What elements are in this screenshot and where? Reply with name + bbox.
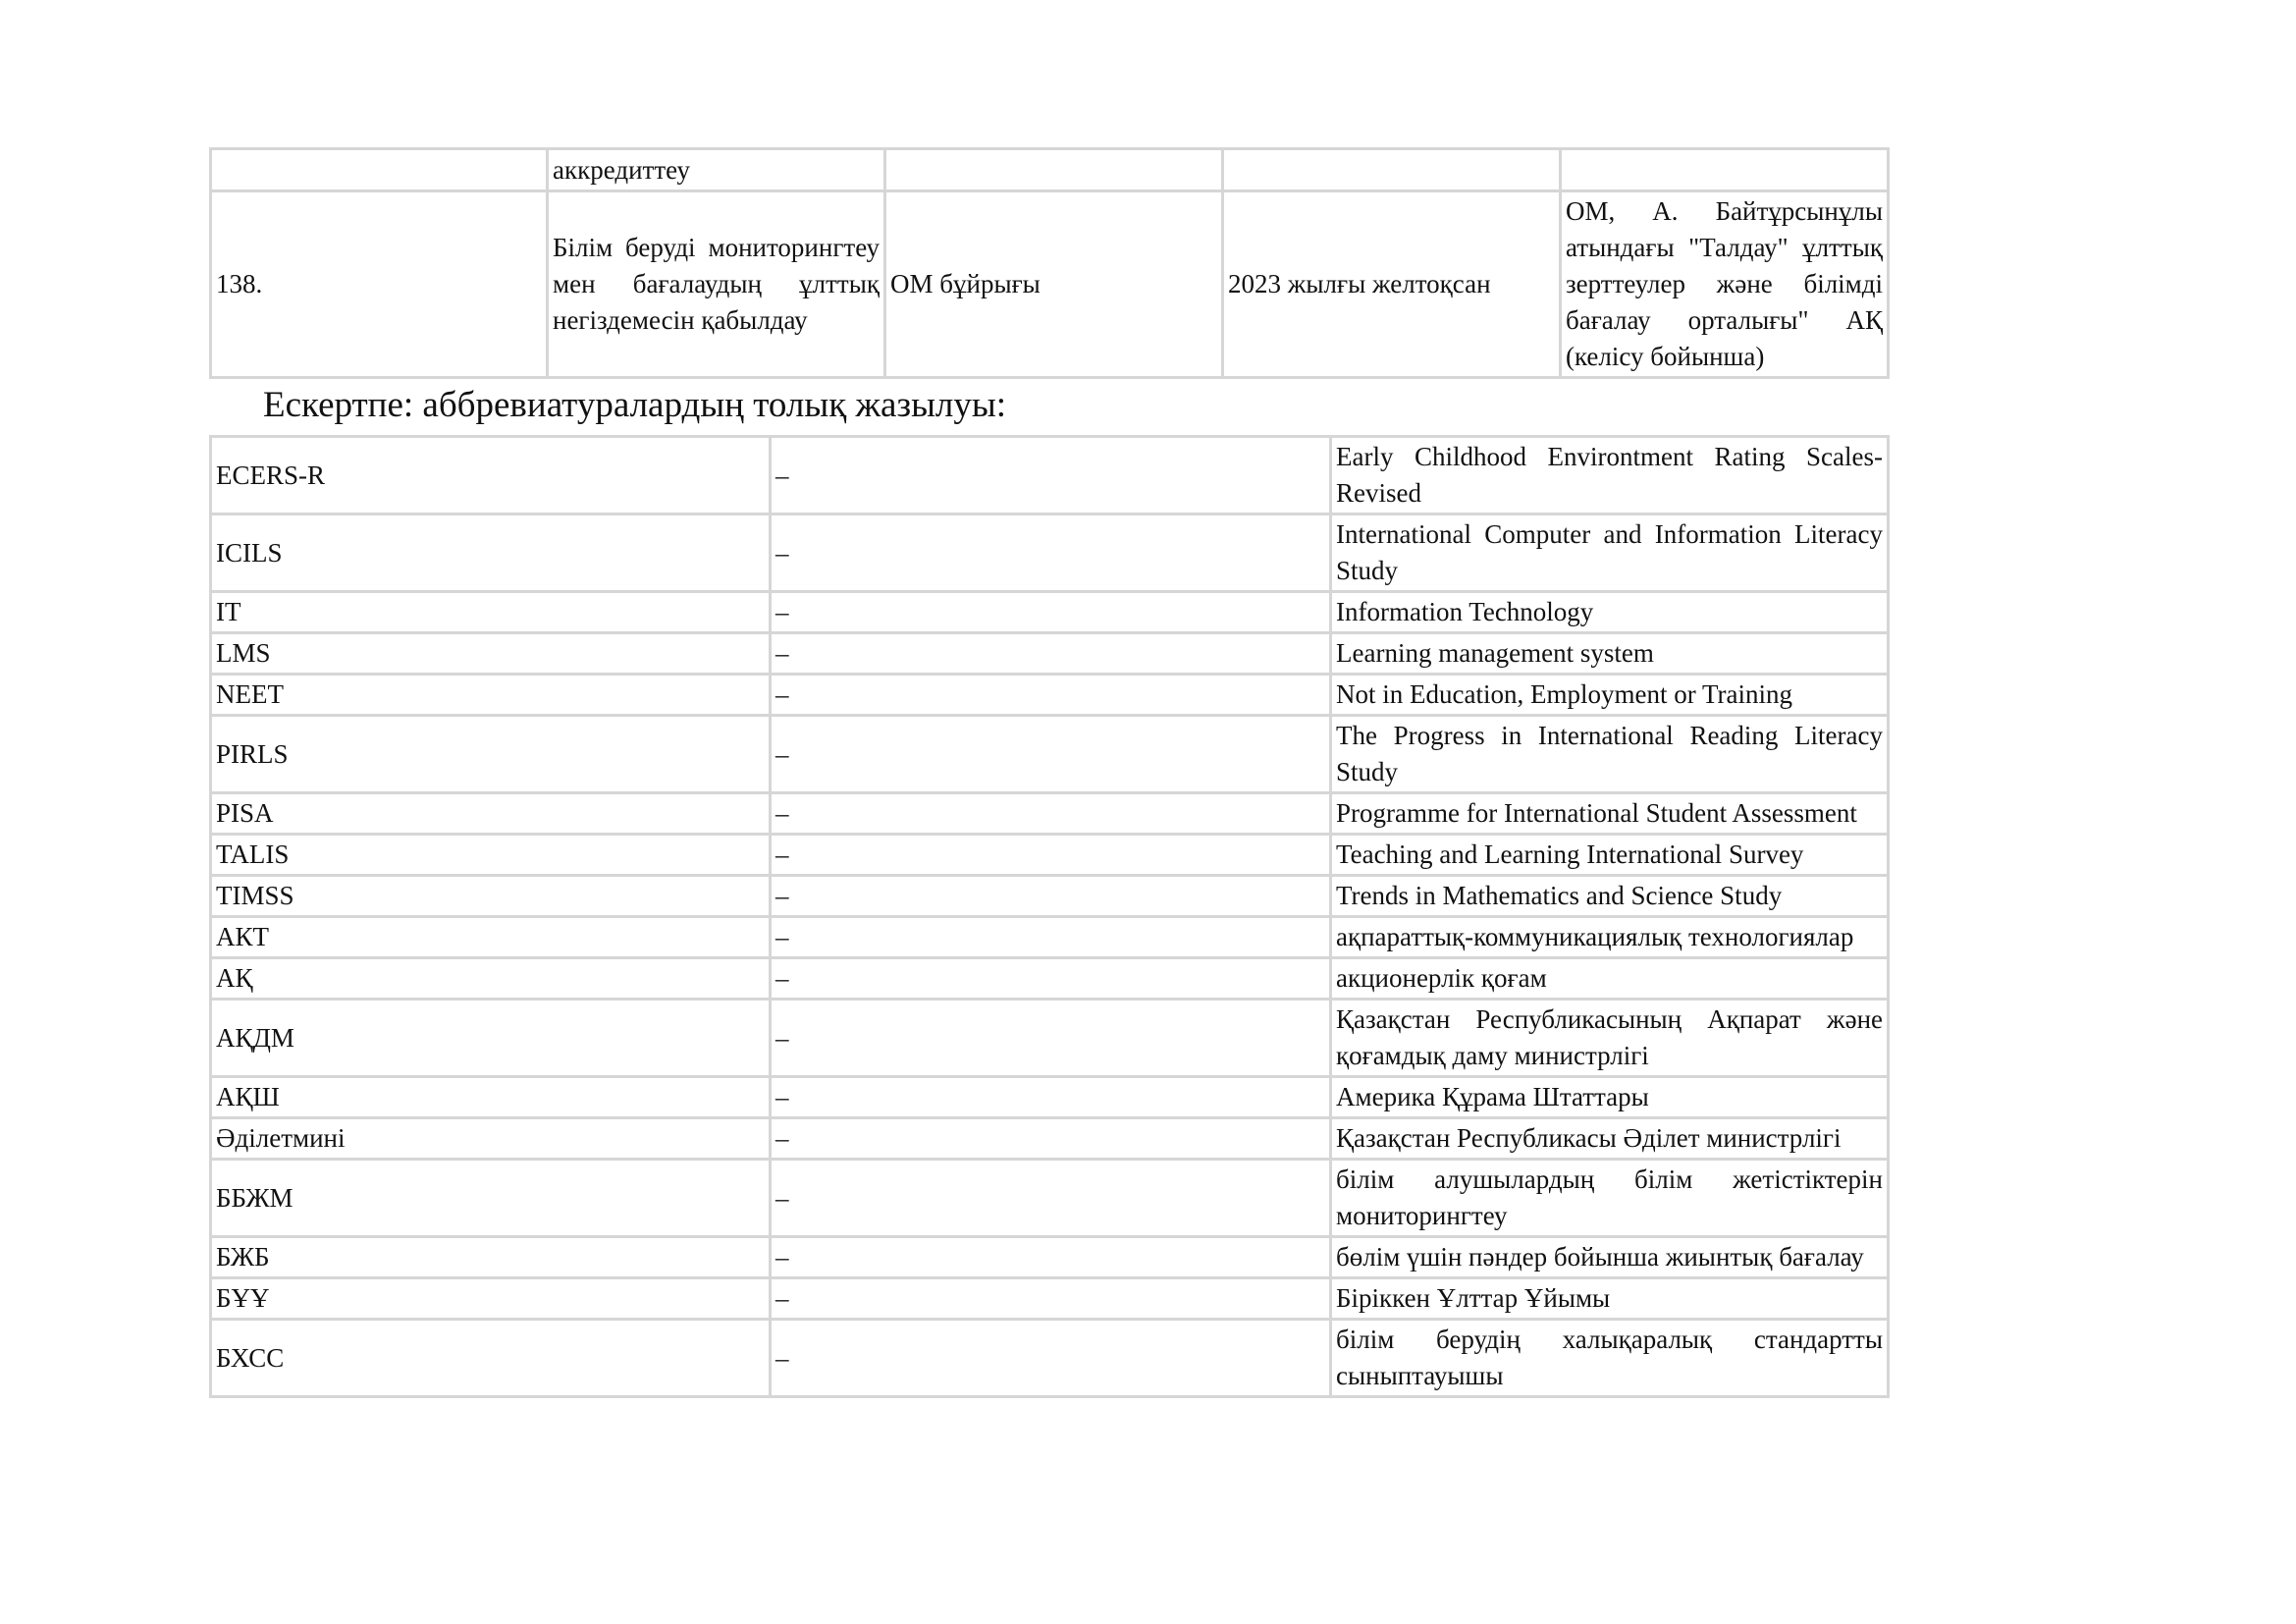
dash-cell: –: [771, 835, 1331, 876]
abbreviation-cell: АҚДМ: [211, 1000, 771, 1077]
plan-cell-form: [885, 149, 1223, 191]
full-name-cell: Біріккен Ұлттар Ұйымы: [1331, 1278, 1889, 1320]
dash-cell: –: [771, 793, 1331, 835]
full-name-cell: Teaching and Learning International Surv…: [1331, 835, 1889, 876]
abbreviation-row: LMS–Learning management system: [211, 633, 1889, 675]
dash-cell: –: [771, 675, 1331, 716]
abbreviation-row: АКТ–ақпараттық-коммуникациялық технологи…: [211, 917, 1889, 958]
dash-cell: –: [771, 633, 1331, 675]
dash-cell: –: [771, 437, 1331, 514]
abbreviation-cell: БХСС: [211, 1320, 771, 1397]
abbreviation-cell: ECERS-R: [211, 437, 771, 514]
plan-cell-responsible: ОМ, А. Байтұрсынұлы атындағы "Талдау" ұл…: [1561, 191, 1889, 378]
abbreviation-row: БХСС–білім берудің халықаралық стандартт…: [211, 1320, 1889, 1397]
plan-cell-number: [211, 149, 548, 191]
abbreviation-cell: LMS: [211, 633, 771, 675]
dash-cell: –: [771, 1000, 1331, 1077]
abbreviation-row: БҰҰ–Біріккен Ұлттар Ұйымы: [211, 1278, 1889, 1320]
full-name-cell: International Computer and Information L…: [1331, 514, 1889, 592]
abbreviation-cell: TIMSS: [211, 876, 771, 917]
full-name-cell: ақпараттық-коммуникациялық технологиялар: [1331, 917, 1889, 958]
abbreviation-cell: АКТ: [211, 917, 771, 958]
action-plan-body: аккредиттеу138.Білім беруді мониторингте…: [211, 149, 1889, 378]
plan-cell-deadline: 2023 жылғы желтоқсан: [1223, 191, 1561, 378]
abbreviation-row: АҚДМ–Қазақстан Республикасының Ақпарат ж…: [211, 1000, 1889, 1077]
abbreviation-row: ББЖМ–білім алушылардың білім жетістіктер…: [211, 1160, 1889, 1237]
plan-cell-deadline: [1223, 149, 1561, 191]
abbreviations-body: ECERS-R–Early Childhood Environtment Rat…: [211, 437, 1889, 1397]
full-name-cell: Not in Education, Employment or Training: [1331, 675, 1889, 716]
abbreviation-cell: АҚШ: [211, 1077, 771, 1118]
abbreviation-cell: БЖБ: [211, 1237, 771, 1278]
dash-cell: –: [771, 876, 1331, 917]
abbreviation-row: IT–Information Technology: [211, 592, 1889, 633]
full-name-cell: бөлім үшін пәндер бойынша жиынтық бағала…: [1331, 1237, 1889, 1278]
abbreviation-row: БЖБ–бөлім үшін пәндер бойынша жиынтық ба…: [211, 1237, 1889, 1278]
abbreviation-row: Әділетмині–Қазақстан Республикасы Әділет…: [211, 1118, 1889, 1160]
abbreviation-row: ECERS-R–Early Childhood Environtment Rat…: [211, 437, 1889, 514]
dash-cell: –: [771, 514, 1331, 592]
abbreviation-row: АҚШ–Америка Құрама Штаттары: [211, 1077, 1889, 1118]
abbreviation-row: NEET–Not in Education, Employment or Tra…: [211, 675, 1889, 716]
plan-cell-form: ОМ бұйрығы: [885, 191, 1223, 378]
abbreviation-row: TALIS–Teaching and Learning Internationa…: [211, 835, 1889, 876]
abbreviation-row: PISA–Programme for International Student…: [211, 793, 1889, 835]
abbreviation-row: ICILS–International Computer and Informa…: [211, 514, 1889, 592]
plan-cell-action: аккредиттеу: [548, 149, 885, 191]
abbreviation-cell: ICILS: [211, 514, 771, 592]
full-name-cell: Programme for International Student Asse…: [1331, 793, 1889, 835]
plan-row: 138.Білім беруді мониторингтеу мен бағал…: [211, 191, 1889, 378]
dash-cell: –: [771, 1118, 1331, 1160]
dash-cell: –: [771, 958, 1331, 1000]
abbreviation-row: TIMSS–Trends in Mathematics and Science …: [211, 876, 1889, 917]
abbreviation-row: PIRLS–The Progress in International Read…: [211, 716, 1889, 793]
plan-cell-responsible: [1561, 149, 1889, 191]
full-name-cell: білім берудің халықаралық стандартты сын…: [1331, 1320, 1889, 1397]
full-name-cell: Қазақстан Республикасының Ақпарат және қ…: [1331, 1000, 1889, 1077]
full-name-cell: білім алушылардың білім жетістіктерін мо…: [1331, 1160, 1889, 1237]
full-name-cell: Early Childhood Environtment Rating Scal…: [1331, 437, 1889, 514]
dash-cell: –: [771, 592, 1331, 633]
full-name-cell: Trends in Mathematics and Science Study: [1331, 876, 1889, 917]
dash-cell: –: [771, 1160, 1331, 1237]
full-name-cell: акционерлік қоғам: [1331, 958, 1889, 1000]
dash-cell: –: [771, 917, 1331, 958]
abbreviation-cell: PISA: [211, 793, 771, 835]
dash-cell: –: [771, 1320, 1331, 1397]
abbreviations-table: ECERS-R–Early Childhood Environtment Rat…: [209, 435, 1890, 1398]
abbreviation-cell: IT: [211, 592, 771, 633]
dash-cell: –: [771, 1077, 1331, 1118]
full-name-cell: Information Technology: [1331, 592, 1889, 633]
dash-cell: –: [771, 716, 1331, 793]
abbreviation-cell: PIRLS: [211, 716, 771, 793]
plan-row: аккредиттеу: [211, 149, 1889, 191]
dash-cell: –: [771, 1237, 1331, 1278]
full-name-cell: The Progress in International Reading Li…: [1331, 716, 1889, 793]
abbreviation-cell: Әділетмині: [211, 1118, 771, 1160]
abbreviation-cell: АҚ: [211, 958, 771, 1000]
full-name-cell: Америка Құрама Штаттары: [1331, 1077, 1889, 1118]
abbreviation-row: АҚ–акционерлік қоғам: [211, 958, 1889, 1000]
action-plan-table: аккредиттеу138.Білім беруді мониторингте…: [209, 147, 1890, 379]
abbreviation-cell: БҰҰ: [211, 1278, 771, 1320]
plan-cell-action: Білім беруді мониторингтеу мен бағалауды…: [548, 191, 885, 378]
abbreviations-note-heading: Ескертпе: аббревиатуралардың толық жазыл…: [263, 383, 1006, 428]
full-name-cell: Learning management system: [1331, 633, 1889, 675]
full-name-cell: Қазақстан Республикасы Әділет министрліг…: [1331, 1118, 1889, 1160]
abbreviation-cell: TALIS: [211, 835, 771, 876]
abbreviation-cell: NEET: [211, 675, 771, 716]
dash-cell: –: [771, 1278, 1331, 1320]
abbreviation-cell: ББЖМ: [211, 1160, 771, 1237]
plan-cell-number: 138.: [211, 191, 548, 378]
